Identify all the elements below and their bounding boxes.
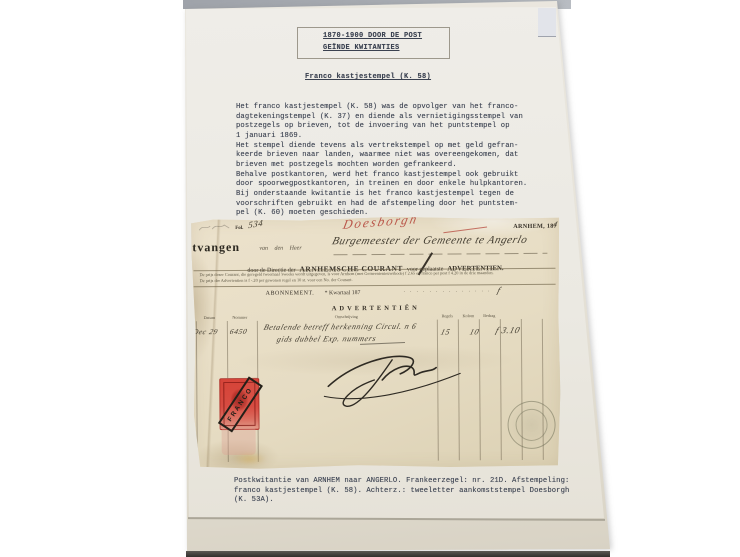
fol-label: Fol.: [235, 226, 243, 231]
title-line-1: 1870-1900 DOOR DE POST: [323, 32, 422, 40]
col-header-omschrijving: Omschrijving: [283, 315, 410, 320]
col-header-datum: Datum: [198, 316, 220, 320]
paragraph-line: Het stempel diende tevens als vertrekste…: [236, 142, 518, 150]
paragraph-line: dagtekeningstempel (K. 37) en diende als…: [236, 113, 523, 121]
col-header-kolom: Kolom: [461, 314, 476, 318]
kwartaal-label: * Kwartaal 187: [325, 290, 361, 296]
from-phrase: van den Heer: [259, 246, 301, 252]
payer-underline: [333, 253, 547, 255]
caption-line: franco kastjestempel (K. 58). Achterz.: …: [234, 487, 569, 495]
dot-leaders: . . . . . . . . . . . . . .: [404, 288, 492, 294]
postmark-inner-ring: [513, 406, 551, 444]
row-regels: 15: [440, 327, 452, 336]
place-date: ARNHEM, 187: [513, 223, 557, 230]
received-word: tvangen: [192, 240, 240, 255]
paragraph-line: Het franco kastjestempel (K. 58) was de …: [236, 103, 518, 111]
col-header-regels: Regels: [440, 314, 455, 318]
table-line: [479, 319, 481, 460]
col-header-nommer: Nommer: [229, 316, 250, 320]
title-box: 1870-1900 DOOR DE POST GEÏNDE KWITANTIES: [297, 27, 450, 59]
paper-stain: [233, 452, 267, 466]
paragraph-line: door spoorwegpostkantoren, in treinen en…: [236, 180, 527, 188]
paragraph-line: Behalve postkantoren, werd het franco ka…: [236, 171, 518, 179]
paragraph-line: brieven met postzegels mochten worden ge…: [236, 161, 457, 169]
receipt-document: Fol. 534 Doesborgh ARNHEM, 187 4 tvangen…: [191, 216, 561, 471]
photo-background-bottom: [186, 551, 610, 557]
fine-print-line: De prijs der Advertentien is f -.20 per …: [200, 277, 560, 284]
row-description-2: gids dubbel Exp. nummers: [276, 334, 378, 344]
table-line: [500, 319, 502, 460]
caption-line: Postkwitantie van ARNHEM naar ANGERLO. F…: [234, 477, 569, 485]
row-datum: Dec 29: [192, 327, 220, 336]
paragraph-line: pel (K. 60) moeten geschieden.: [236, 209, 368, 217]
signature: [322, 349, 464, 414]
album-photo: 1870-1900 DOOR DE POST GEÏNDE KWITANTIES…: [0, 0, 740, 557]
payer-name: Burgemeester der Gemeente te Angerlo: [331, 234, 529, 247]
sheet-corner-highlight: [538, 8, 556, 37]
paragraph-line: 1 januari 1869.: [236, 132, 302, 140]
pencil-scribble-icon: [197, 221, 231, 233]
red-ink-flourish: [443, 227, 487, 234]
abonnement-mark: f: [496, 285, 502, 295]
paragraph-line: keerde brieven naar landen, waarmee niet…: [236, 151, 518, 159]
year-digit: 4: [552, 220, 559, 229]
paragraph-line: postzegels op brieven, tot de invoering …: [236, 122, 510, 130]
advertentien-header: ADVERTENTIËN: [192, 304, 560, 314]
title-line-2: GEÏNDE KWITANTIES: [323, 44, 400, 52]
row-description-1: Betalende betreff herkenning Circul. n 6: [263, 322, 418, 332]
col-header-bedrag: Bedrag: [482, 314, 497, 318]
stamp-faded-area: [222, 427, 256, 455]
paragraph-line: voorschriften gebruikt en had de afstemp…: [236, 200, 518, 208]
arrival-postmark-icon: [503, 396, 560, 453]
row-nommer: 6450: [229, 327, 249, 336]
page-heading: Franco kastjestempel (K. 58): [305, 73, 431, 81]
abonnement-label: ABONNEMENT.: [266, 290, 315, 296]
row-bedrag: f 3.10: [495, 325, 522, 335]
caption-line: (K. 53A).: [234, 496, 274, 504]
paragraph-line: Bij onderstaande kwitantie is het franco…: [236, 190, 514, 198]
